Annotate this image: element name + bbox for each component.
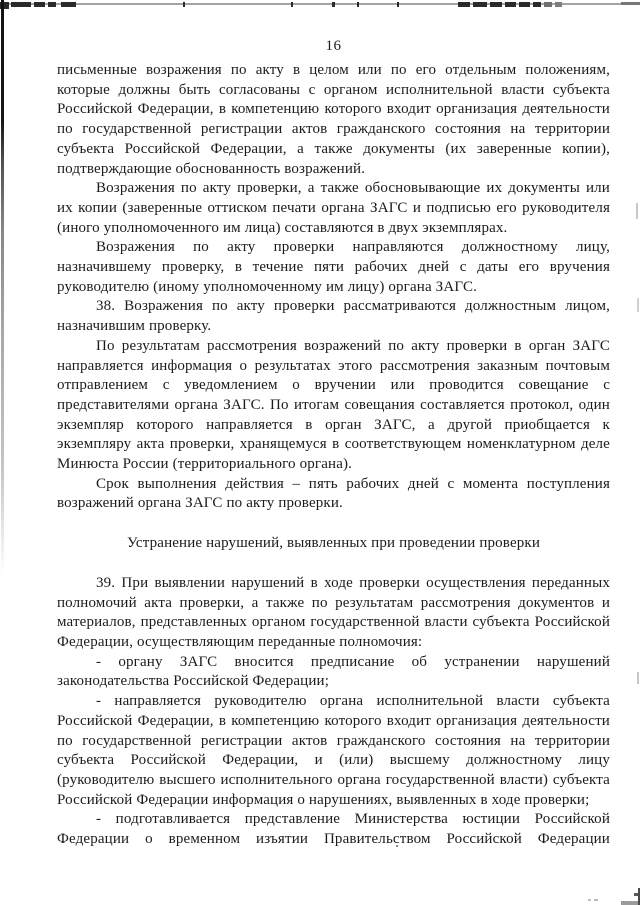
list-item-dash: - подготавливается представление Министе… [57,810,610,849]
document-body: письменные возражения по акту в целом ил… [57,61,610,850]
scan-noise-dash [48,2,56,7]
paragraph: Возражения по акту проверки, а также обо… [57,179,610,238]
paragraph: 39. При выявлении нарушений в ходе прове… [57,574,610,653]
scan-noise-dash [34,2,45,7]
page-number: 16 [57,38,610,55]
scan-noise-speck [636,203,638,219]
scan-noise-dash [357,2,359,7]
scan-noise-dash [458,2,470,7]
scan-noise-dash [397,2,399,7]
scan-noise-speck [637,672,639,684]
paragraph: 38. Возражения по акту проверки рассматр… [57,297,610,336]
scan-noise-dash [332,2,335,7]
scan-noise-speck [588,899,591,901]
scan-noise-dash [519,2,530,7]
scan-noise-dash [621,2,640,5]
scan-noise-dash [490,2,502,7]
list-item-dash: - направляется руководителю органа испол… [57,692,610,810]
scan-artifact-left-edge [1,0,4,575]
scanned-document-page: 16 письменные возражения по акту в целом… [0,0,640,905]
paragraph: Срок выполнения действия – пять рабочих … [57,475,610,514]
scan-noise-dash [544,2,552,7]
scan-noise-dash [505,2,516,7]
paragraph: Возражения по акту проверки направляются… [57,238,610,297]
scan-noise-dash [61,2,76,7]
list-item-dash: - органу ЗАГС вносится предписание об ус… [57,653,610,692]
scan-noise-dash [555,2,562,7]
paragraph: По результатам рассмотрения возражений п… [57,337,610,475]
scan-artifact-top-edge [0,3,640,5]
section-heading: Устранение нарушений, выявленных при про… [57,534,610,554]
scan-noise-speck [594,899,598,901]
paragraph: письменные возражения по акту в целом ил… [57,61,610,179]
scan-noise-dash [183,2,185,7]
scan-noise-speck [637,298,639,312]
scan-artifact-bottom-corner [621,901,638,905]
scan-noise-dash [473,2,487,7]
scan-noise-dash [291,2,293,7]
scan-noise-dash [533,2,541,7]
scan-noise-dash [11,2,31,7]
